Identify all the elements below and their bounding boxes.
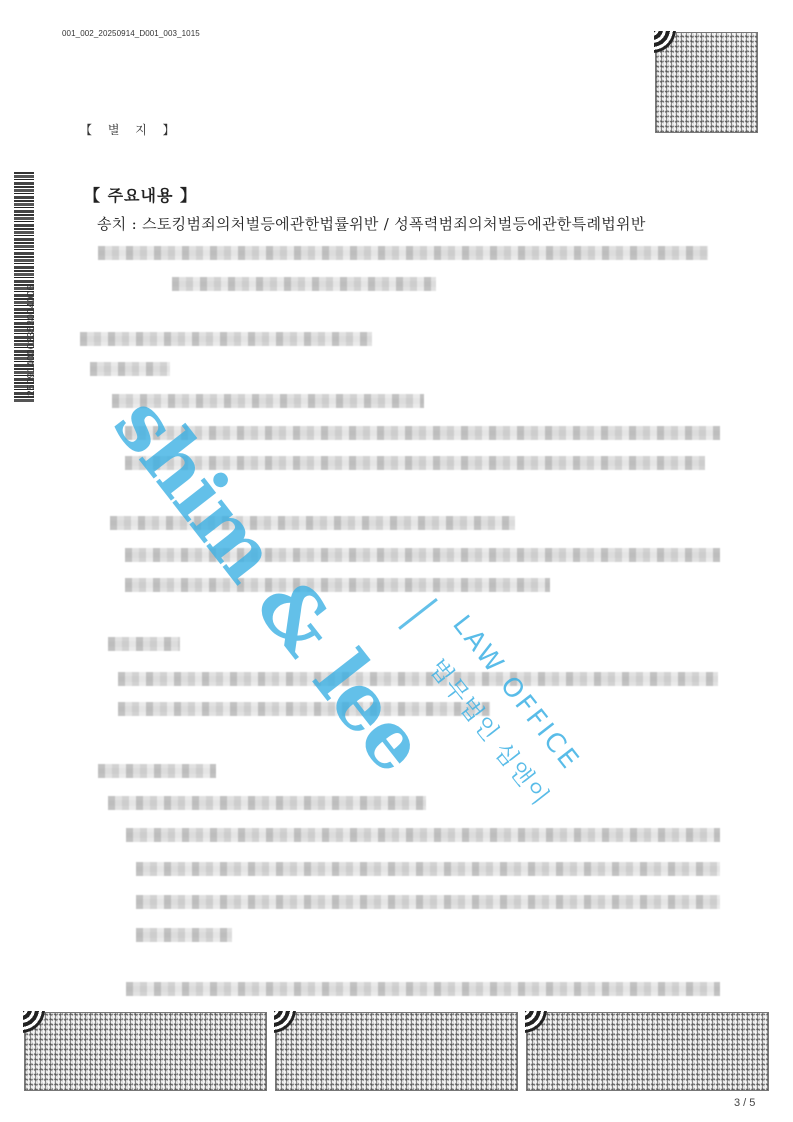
page-indicator: 3 / 5 [734, 1097, 755, 1109]
charge-line: 송치 : 스토킹범죄의처벌등에관한법률위반 / 성폭력범죄의처벌등에관한특례법위… [97, 213, 646, 234]
qr-code-bottom-left [24, 1012, 267, 1091]
redacted-line [136, 928, 232, 942]
redacted-line [118, 672, 718, 686]
redacted-line [98, 246, 708, 260]
redacted-line [126, 982, 720, 996]
qr-code-bottom-center [275, 1012, 518, 1091]
qr-corner-mark-icon [274, 1011, 298, 1035]
qr-corner-mark-icon [525, 1011, 549, 1035]
watermark-divider [398, 598, 438, 630]
redacted-line [136, 895, 720, 909]
redacted-line [126, 828, 720, 842]
redacted-line [118, 702, 490, 716]
redacted-heading [80, 332, 372, 346]
attachment-label: 【 별 지 】 [80, 121, 181, 138]
redacted-line [172, 277, 436, 291]
document-id: 001_002_20250914_D001_003_1015 [62, 29, 200, 38]
redacted-heading [98, 764, 216, 778]
qr-code-bottom-right [526, 1012, 769, 1091]
qr-corner-mark-icon [654, 31, 678, 55]
redacted-subheading [108, 796, 426, 810]
section-title: 【 주요내용 】 [84, 183, 197, 206]
qr-code-top-right [655, 32, 758, 133]
redacted-heading [90, 362, 170, 376]
redacted-subheading [108, 637, 180, 651]
redacted-line [136, 862, 720, 876]
barcode-number: 2509140002353004006 [26, 285, 37, 396]
redacted-line [125, 578, 550, 592]
qr-corner-mark-icon [23, 1011, 47, 1035]
redacted-line [125, 426, 720, 440]
